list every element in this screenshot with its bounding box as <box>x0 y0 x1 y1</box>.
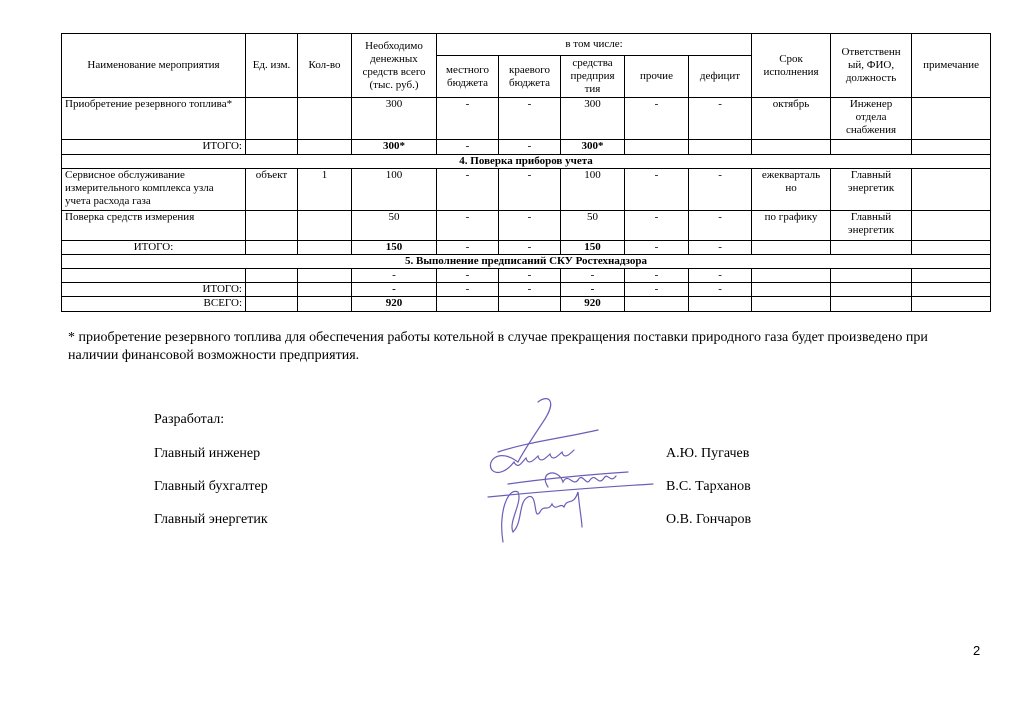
cell-deficit <box>689 140 752 155</box>
table-row: Приобретение резервного топлива*300--300… <box>62 98 991 140</box>
cell-note <box>912 269 991 283</box>
cell-deadline <box>752 297 831 312</box>
cell-note <box>912 98 991 140</box>
cell-regional: - <box>499 140 561 155</box>
name-chief-engineer: А.Ю. Пугачев <box>666 446 749 462</box>
total-row: ИТОГО:------ <box>62 283 991 297</box>
cell-deficit: - <box>689 169 752 211</box>
cell-enterprise: 300* <box>561 140 625 155</box>
cell-deficit: - <box>689 269 752 283</box>
header-qty: Кол-во <box>298 34 352 98</box>
header-local-budget: местного бюджета <box>437 56 499 98</box>
cell-regional: - <box>499 269 561 283</box>
cell-name <box>62 269 246 283</box>
cell-deadline <box>752 283 831 297</box>
cell-note <box>912 140 991 155</box>
cell-name: ИТОГО: <box>62 140 246 155</box>
header-note: примечание <box>912 34 991 98</box>
cell-responsible: Главный энергетик <box>831 169 912 211</box>
cell-enterprise: 920 <box>561 297 625 312</box>
cell-name: ИТОГО: <box>62 241 246 255</box>
cell-regional: - <box>499 169 561 211</box>
cell-other: - <box>625 169 689 211</box>
page-number: 2 <box>973 643 980 658</box>
header-total: Необходимо денежных средств всего (тыс. … <box>352 34 437 98</box>
header-responsible: Ответственн ый, ФИО, должность <box>831 34 912 98</box>
section-title: 4. Поверка приборов учета <box>62 155 991 169</box>
cell-unit <box>246 241 298 255</box>
cell-local: - <box>437 169 499 211</box>
cell-note <box>912 241 991 255</box>
position-chief-power-engineer: Главный энергетик <box>154 512 268 528</box>
cell-responsible <box>831 297 912 312</box>
cell-total: 300* <box>352 140 437 155</box>
cell-other: - <box>625 269 689 283</box>
cell-responsible <box>831 241 912 255</box>
developed-by-label: Разработал: <box>154 412 224 428</box>
cell-note <box>912 283 991 297</box>
cell-deficit: - <box>689 211 752 241</box>
cell-deadline: по графику <box>752 211 831 241</box>
cell-note <box>912 211 991 241</box>
cell-unit: объект <box>246 169 298 211</box>
table-row: ------ <box>62 269 991 283</box>
total-row: ИТОГО:150--150-- <box>62 241 991 255</box>
cell-regional: - <box>499 283 561 297</box>
handwritten-signatures-icon <box>478 392 658 547</box>
section-title: 5. Выполнение предписаний СКУ Ростехнадз… <box>62 255 991 269</box>
header-name: Наименование мероприятия <box>62 34 246 98</box>
cell-qty <box>298 98 352 140</box>
total-row: ИТОГО:300*--300* <box>62 140 991 155</box>
name-chief-power-engineer: О.В. Гончаров <box>666 512 751 528</box>
cell-note <box>912 297 991 312</box>
cell-other: - <box>625 241 689 255</box>
cell-deficit <box>689 297 752 312</box>
cell-local: - <box>437 241 499 255</box>
header-deficit: дефицит <box>689 56 752 98</box>
cell-total: 100 <box>352 169 437 211</box>
cell-responsible <box>831 283 912 297</box>
cell-name: Приобретение резервного топлива* <box>62 98 246 140</box>
cell-total: 920 <box>352 297 437 312</box>
cell-local: - <box>437 140 499 155</box>
cell-note <box>912 169 991 211</box>
cell-responsible: Инженер отдела снабжения <box>831 98 912 140</box>
header-regional-budget: краевого бюджета <box>499 56 561 98</box>
cell-unit <box>246 297 298 312</box>
cell-qty <box>298 283 352 297</box>
header-enterprise-funds: средства предприя тия <box>561 56 625 98</box>
cell-total: - <box>352 269 437 283</box>
cell-local: - <box>437 269 499 283</box>
cell-responsible <box>831 140 912 155</box>
cell-enterprise: 150 <box>561 241 625 255</box>
cell-deficit: - <box>689 241 752 255</box>
cell-name: ВСЕГО: <box>62 297 246 312</box>
cell-responsible <box>831 269 912 283</box>
cell-enterprise: 100 <box>561 169 625 211</box>
footnote: * приобретение резервного топлива для об… <box>68 329 978 365</box>
cell-deficit: - <box>689 98 752 140</box>
header-deadline: Срок исполнения <box>752 34 831 98</box>
cell-total: - <box>352 283 437 297</box>
cell-regional <box>499 297 561 312</box>
table-row: Поверка средств измерения50--50--по граф… <box>62 211 991 241</box>
cell-name: Сервисное обслуживание измерительного ко… <box>62 169 246 211</box>
cell-local <box>437 297 499 312</box>
cell-deadline <box>752 241 831 255</box>
cell-other: - <box>625 98 689 140</box>
cell-qty <box>298 269 352 283</box>
cell-local: - <box>437 211 499 241</box>
budget-table: Наименование мероприятия Ед. изм. Кол-во… <box>61 33 991 312</box>
cell-local: - <box>437 283 499 297</box>
cell-qty: 1 <box>298 169 352 211</box>
header-including: в том числе: <box>437 34 752 56</box>
cell-qty <box>298 297 352 312</box>
cell-qty <box>298 241 352 255</box>
cell-other: - <box>625 211 689 241</box>
cell-qty <box>298 140 352 155</box>
cell-name: ИТОГО: <box>62 283 246 297</box>
cell-deadline: октябрь <box>752 98 831 140</box>
cell-enterprise: 50 <box>561 211 625 241</box>
cell-regional: - <box>499 241 561 255</box>
cell-unit <box>246 211 298 241</box>
cell-regional: - <box>499 98 561 140</box>
cell-enterprise: 300 <box>561 98 625 140</box>
cell-total: 50 <box>352 211 437 241</box>
total-row: ВСЕГО:920920 <box>62 297 991 312</box>
cell-other <box>625 140 689 155</box>
cell-name: Поверка средств измерения <box>62 211 246 241</box>
section-row: 4. Поверка приборов учета <box>62 155 991 169</box>
cell-other <box>625 297 689 312</box>
section-row: 5. Выполнение предписаний СКУ Ростехнадз… <box>62 255 991 269</box>
cell-unit <box>246 269 298 283</box>
cell-deadline <box>752 140 831 155</box>
name-chief-accountant: В.С. Тарханов <box>666 479 751 495</box>
cell-responsible: Главный энергетик <box>831 211 912 241</box>
cell-deadline: ежекварталь но <box>752 169 831 211</box>
header-other: прочие <box>625 56 689 98</box>
table-body: Приобретение резервного топлива*300--300… <box>62 98 991 312</box>
cell-deficit: - <box>689 283 752 297</box>
cell-other: - <box>625 283 689 297</box>
cell-unit <box>246 98 298 140</box>
table-row: Сервисное обслуживание измерительного ко… <box>62 169 991 211</box>
cell-local: - <box>437 98 499 140</box>
position-chief-accountant: Главный бухгалтер <box>154 479 268 495</box>
position-chief-engineer: Главный инженер <box>154 446 260 462</box>
cell-unit <box>246 140 298 155</box>
cell-total: 150 <box>352 241 437 255</box>
cell-enterprise: - <box>561 283 625 297</box>
cell-regional: - <box>499 211 561 241</box>
cell-enterprise: - <box>561 269 625 283</box>
cell-deadline <box>752 269 831 283</box>
header-unit: Ед. изм. <box>246 34 298 98</box>
cell-total: 300 <box>352 98 437 140</box>
cell-unit <box>246 283 298 297</box>
cell-qty <box>298 211 352 241</box>
